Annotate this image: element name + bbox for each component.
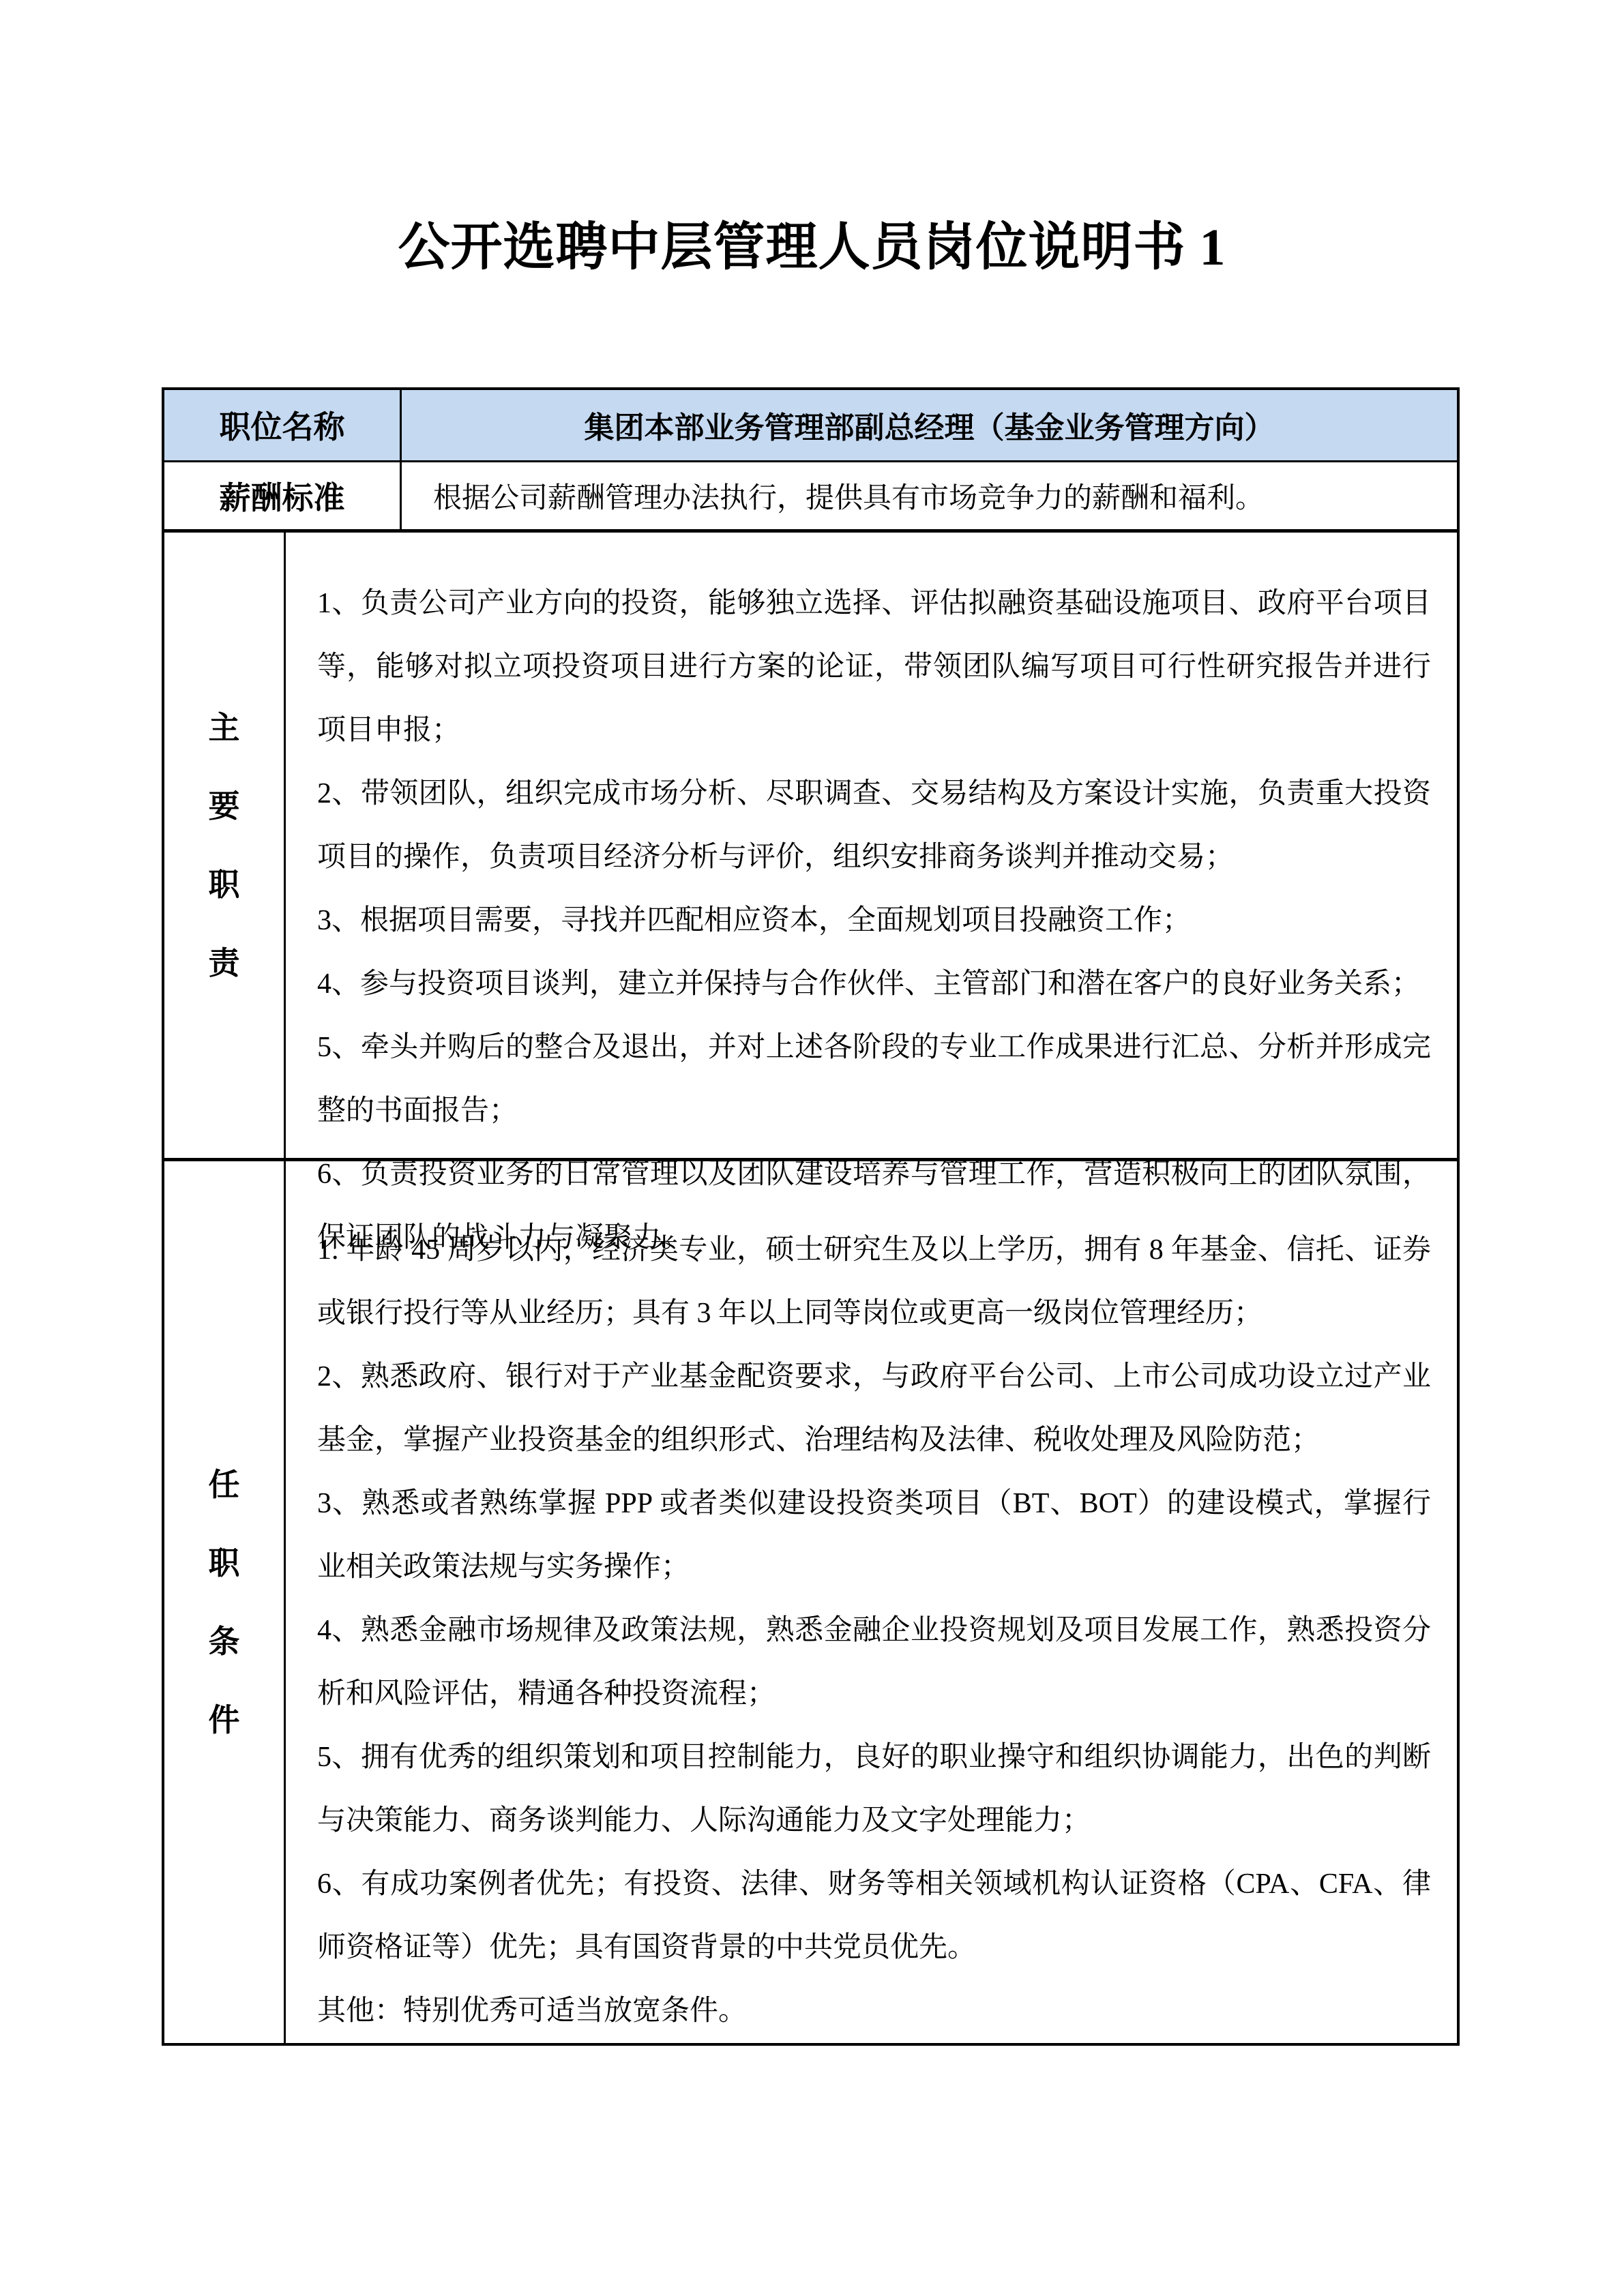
job-description-table: 职位名称 集团本部业务管理部副总经理（基金业务管理方向） 薪酬标准 根据公司薪酬… bbox=[162, 387, 1460, 2046]
table-row-salary: 薪酬标准 根据公司薪酬管理办法执行，提供具有市场竞争力的薪酬和福利。 bbox=[164, 460, 1457, 529]
table-row-duties: 主要职责 1、负责公司产业方向的投资，能够独立选择、评估拟融资基础设施项目、政府… bbox=[164, 529, 1457, 1158]
duties-row-label: 主要职责 bbox=[164, 533, 286, 1158]
duty-item: 3、根据项目需要，寻找并匹配相应资本，全面规划项目投融资工作； bbox=[317, 889, 1431, 953]
duty-item: 2、带领团队，组织完成市场分析、尽职调查、交易结构及方案设计实施，负责重大投资项… bbox=[317, 762, 1431, 889]
page-title: 公开选聘中层管理人员岗位说明书 1 bbox=[0, 220, 1624, 277]
requirement-item: 1. 年龄 45 周岁以内，经济类专业，硕士研究生及以上学历，拥有 8 年基金、… bbox=[317, 1219, 1431, 1345]
requirement-item: 3、熟悉或者熟练掌握 PPP 或者类似建设投资类项目（BT、BOT）的建设模式，… bbox=[317, 1472, 1431, 1599]
requirement-item: 2、熟悉政府、银行对于产业基金配资要求，与政府平台公司、上市公司成功设立过产业基… bbox=[317, 1345, 1431, 1472]
salary-row-value: 根据公司薪酬管理办法执行，提供具有市场竞争力的薪酬和福利。 bbox=[402, 462, 1457, 529]
table-row-requirements: 任职条件 1. 年龄 45 周岁以内，经济类专业，硕士研究生及以上学历，拥有 8… bbox=[164, 1158, 1457, 2043]
salary-row-label: 薪酬标准 bbox=[164, 462, 402, 529]
duty-item: 5、牵头并购后的整合及退出，并对上述各阶段的专业工作成果进行汇总、分析并形成完整… bbox=[317, 1016, 1431, 1143]
duties-row-content: 1、负责公司产业方向的投资，能够独立选择、评估拟融资基础设施项目、政府平台项目等… bbox=[286, 533, 1457, 1158]
requirement-item: 5、拥有优秀的组织策划和项目控制能力，良好的职业操守和组织协调能力，出色的判断与… bbox=[317, 1726, 1431, 1853]
document-page: 公开选聘中层管理人员岗位说明书 1 职位名称 集团本部业务管理部副总经理（基金业… bbox=[0, 0, 1624, 2296]
requirements-row-label-text: 任职条件 bbox=[209, 1446, 240, 1759]
requirement-item: 4、熟悉金融市场规律及政策法规，熟悉金融企业投资规划及项目发展工作，熟悉投资分析… bbox=[317, 1599, 1431, 1726]
duties-row-label-text: 主要职责 bbox=[209, 689, 240, 1002]
requirement-item: 6、有成功案例者优先；有投资、法律、财务等相关领域机构认证资格（CPA、CFA、… bbox=[317, 1853, 1431, 1980]
requirements-row-content: 1. 年龄 45 周岁以内，经济类专业，硕士研究生及以上学历，拥有 8 年基金、… bbox=[286, 1161, 1457, 2043]
requirement-item: 其他：特别优秀可适当放宽条件。 bbox=[317, 1980, 1431, 2043]
duty-item: 1、负责公司产业方向的投资，能够独立选择、评估拟融资基础设施项目、政府平台项目等… bbox=[317, 572, 1431, 762]
table-row-position: 职位名称 集团本部业务管理部副总经理（基金业务管理方向） bbox=[164, 390, 1457, 460]
requirements-row-label: 任职条件 bbox=[164, 1161, 286, 2043]
duty-item: 4、参与投资项目谈判，建立并保持与合作伙伴、主管部门和潜在客户的良好业务关系； bbox=[317, 953, 1431, 1016]
position-row-value: 集团本部业务管理部副总经理（基金业务管理方向） bbox=[402, 390, 1457, 460]
position-row-label: 职位名称 bbox=[164, 390, 402, 460]
